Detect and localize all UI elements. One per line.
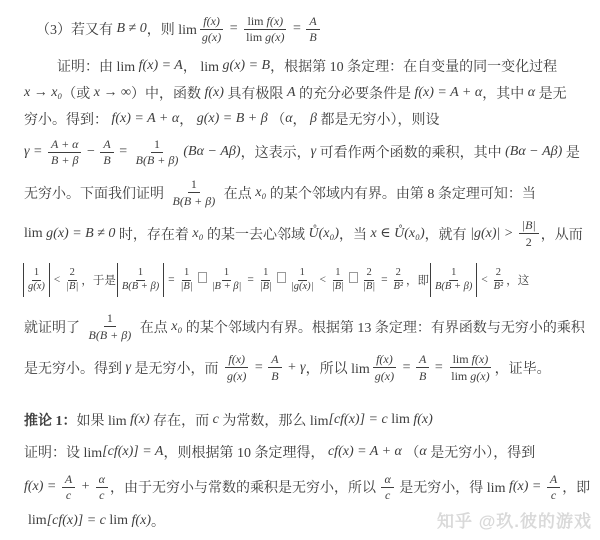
text-run: 都是无穷小），则设 [317, 109, 440, 129]
fraction: 1B(B + β) [170, 177, 219, 207]
text-run: − [83, 144, 98, 160]
math-run: c [385, 488, 390, 502]
text-run: 1 [138, 267, 143, 278]
text-run: 证明：由 lim [57, 56, 139, 76]
fraction: lim f(x)lim g(x) [243, 14, 287, 44]
math-run: f(x) [205, 85, 224, 101]
math-run: [cf(x)] = A [102, 444, 163, 460]
text-run: 1 [154, 137, 160, 151]
text-run: ， [179, 109, 197, 129]
formula-line: 穷小。得到： f(x) = A + α， g(x) = B + β （α， β … [0, 106, 600, 132]
math-run: B(B + β) [89, 328, 132, 342]
math-run: + [77, 479, 93, 495]
math-run: |B| [180, 281, 192, 292]
text-run: 1 [34, 267, 39, 278]
math-run: f(x) [267, 14, 284, 28]
text-run: 1 [107, 311, 113, 325]
text-run: ，从而 [541, 224, 583, 244]
text-run: 1 [451, 267, 456, 278]
formula-line: 就证明了 1B(B + β) 在点 x₀ 的某个邻域内有界。根据第 13 条定理… [0, 306, 600, 347]
math-run: g(x) = B ≠ 0 [46, 226, 115, 242]
text-run: lim [24, 226, 46, 242]
text-run: ，由于无穷小与常数的乘积是无穷小，所以 [110, 477, 380, 497]
text-run: 如果 lim [77, 410, 131, 430]
fraction-numerator: 1 [449, 267, 458, 281]
text-run: 在点 [220, 183, 255, 203]
text-run: 1 [263, 267, 268, 278]
math-run: g(x) [375, 369, 394, 383]
text-run: 2 [366, 267, 371, 278]
fraction: f(x)g(x) [199, 14, 224, 44]
math-run: x → x₀ [24, 85, 62, 101]
text-run: ，则 lim [147, 19, 197, 39]
math-run: |B| [363, 281, 375, 292]
fraction-denominator: B² [492, 281, 506, 294]
fraction: AB [306, 14, 319, 44]
fraction-denominator: B(B + β) [120, 281, 161, 294]
text-run: ，所以 lim [306, 358, 370, 378]
text-run: lim [109, 513, 131, 529]
math-run: x₀ [192, 226, 203, 242]
text-run: lim [247, 14, 266, 28]
math-run: γ = [24, 144, 46, 160]
math-run: |B| [260, 281, 272, 292]
fraction-numerator: |B| [519, 218, 539, 234]
math-run: g(x) [202, 30, 221, 44]
math-run: |B| [332, 281, 344, 292]
fraction: lim f(x)lim g(x) [448, 352, 492, 382]
math-run: c [66, 488, 71, 502]
math-run: g(x) [28, 281, 45, 292]
math-run: f(x) [228, 352, 245, 366]
fraction-denominator: c [382, 488, 393, 503]
fraction-denominator: |B| [330, 281, 346, 294]
text-run: ，其中 [482, 83, 528, 103]
text-run: 的某个邻域内有界。根据第 13 条定理：有界函数与无穷小的乘积 [182, 317, 585, 337]
text-run: 的某一去心邻域 [204, 224, 309, 244]
fraction: 1|g(x)| [289, 267, 316, 294]
math-run: B(B + β) [435, 281, 472, 292]
fraction-numerator: f(x) [225, 352, 248, 368]
math-run: |g(x)| [291, 281, 314, 292]
math-run: (Bα − Aβ) [183, 144, 240, 160]
fraction: f(x)g(x) [372, 352, 397, 382]
corollary-label: 推论 1： [24, 410, 77, 430]
math-run: cf(x) = A + α [328, 444, 402, 460]
math-run: g(x) [227, 369, 246, 383]
math-run: c [551, 488, 556, 502]
fraction: 1|B + β| [210, 267, 244, 294]
text-run: = [165, 274, 177, 286]
fraction: Ac [62, 472, 75, 502]
math-run: f(x) [413, 412, 432, 428]
math-run: B² [494, 281, 504, 292]
fraction-numerator: α [96, 472, 108, 488]
formula-line: （3）若又有 B ≠ 0，则 limf(x)g(x) = lim f(x)lim… [0, 6, 600, 52]
fraction-numerator: 1 [104, 311, 116, 327]
math-run: f(x) [132, 513, 151, 529]
math-run: |B| [66, 281, 78, 292]
text-run: 证明：设 lim [24, 442, 102, 462]
text-run: 是 [562, 142, 580, 162]
fraction-numerator: 2 [394, 267, 403, 281]
math-run: f(x) [203, 14, 220, 28]
fraction-numerator: A + α [48, 137, 82, 153]
text-run: 穷小。得到： [24, 109, 112, 129]
text-run: < [317, 274, 329, 286]
text-run: lim [246, 30, 265, 44]
fraction-numerator: lim f(x) [450, 352, 492, 368]
formula-line: 证明：由 lim f(x) = A， lim g(x) = B，根据第 10 条… [0, 52, 600, 80]
text-run: ，即 [406, 272, 429, 288]
fraction: A + αB + β [48, 137, 82, 167]
text-run: 1 [191, 177, 197, 191]
math-run: [cf(x)] = c [47, 513, 110, 529]
fraction-denominator: g(x) [224, 368, 249, 383]
fraction-denominator: B(B + β) [133, 153, 182, 168]
fraction-denominator: B [268, 368, 281, 383]
math-run: f(x) = [509, 479, 545, 495]
text-run: ，证毕。 [495, 358, 551, 378]
formula-line: 是无穷小。得到 γ 是无穷小，而 f(x)g(x) = AB + γ，所以 li… [0, 347, 600, 388]
fraction-denominator: B(B + β) [433, 281, 474, 294]
text-run: lim [451, 369, 470, 383]
absolute-value-bar [23, 263, 24, 297]
text-run: 2 [496, 267, 501, 278]
text-run: ，这 [506, 272, 529, 288]
text-run: 的某个邻域内有界。由第 8 条定理可知：当 [266, 183, 536, 203]
text-run: ， [293, 109, 311, 129]
fraction-denominator: g(x) [26, 281, 47, 294]
absolute-value-bar [163, 263, 164, 297]
formula-line: 无穷小。下面我们证明 1B(B + β) 在点 x₀ 的某个邻域内有界。由第 8… [0, 172, 600, 213]
formula-lines: （3）若又有 B ≠ 0，则 limf(x)g(x) = lim f(x)lim… [0, 6, 600, 536]
math-run: A [65, 472, 72, 486]
math-run: β [310, 111, 317, 127]
text-run: （或 [62, 83, 94, 103]
fraction: 1|B| [258, 267, 274, 294]
absolute-value-bar [49, 263, 50, 297]
fraction-denominator: lim g(x) [243, 30, 287, 45]
fraction-numerator: lim f(x) [244, 14, 286, 30]
missing-glyph-box [277, 272, 286, 283]
fraction: 1B(B + β) [133, 137, 182, 167]
fraction-denominator: c [96, 488, 107, 503]
math-run: Ů(x₀) [309, 226, 340, 242]
fraction-denominator: |B + β| [210, 281, 244, 294]
absolute-value-bar [117, 263, 118, 297]
text-run: ， lim [183, 56, 223, 76]
math-run: f(x) [130, 412, 149, 428]
math-run: f(x) [376, 352, 393, 366]
fraction: 2|B| [361, 267, 377, 294]
text-run: < [51, 274, 63, 286]
fraction-numerator: 1 [333, 267, 342, 281]
fraction-denominator: B [416, 368, 429, 383]
formula-line: 证明：设 lim[cf(x)] = A，则根据第 10 条定理得， cf(x) … [0, 435, 600, 468]
math-run: B [419, 369, 426, 383]
text-run: = [244, 274, 256, 286]
math-run: α [384, 472, 390, 486]
fraction: 1B(B + β) [433, 267, 474, 294]
math-run: α [99, 472, 105, 486]
text-run: 为常数，那么 lim [219, 410, 329, 430]
fraction-denominator: |B| [178, 281, 194, 294]
text-run: ，则根据第 10 条定理得， [163, 442, 328, 462]
text-run: = [431, 360, 446, 376]
formula-line: lim g(x) = B ≠ 0 时，存在着 x₀ 的某一去心邻域 Ů(x₀)，… [0, 213, 600, 254]
text-run: = [251, 360, 266, 376]
fraction-denominator: B(B + β) [170, 193, 219, 208]
math-run: B [103, 153, 110, 167]
fraction: 2|B| [64, 267, 80, 294]
text-run: 是无 [535, 83, 567, 103]
math-run: |B| [522, 218, 536, 232]
math-run: |B + β| [212, 281, 242, 292]
fraction-denominator: g(x) [199, 30, 224, 45]
text-run: < [478, 274, 490, 286]
math-run: B + β [51, 153, 78, 167]
fraction-denominator: |B| [64, 281, 80, 294]
text-run: 的充分必要条件是 [296, 83, 415, 103]
math-run: A [550, 472, 557, 486]
math-run: c [99, 488, 104, 502]
math-run: B [309, 30, 316, 44]
math-run: f(x) = [24, 479, 60, 495]
fraction-denominator: c [548, 488, 559, 503]
fraction-denominator: B + β [48, 153, 81, 168]
text-run: ，就有 [425, 224, 471, 244]
text-run: 2 [396, 267, 401, 278]
document-page: （3）若又有 B ≠ 0，则 limf(x)g(x) = lim f(x)lim… [0, 0, 600, 540]
fraction-denominator: B(B + β) [86, 327, 135, 342]
math-run: A [309, 14, 316, 28]
math-run: A [287, 85, 296, 101]
text-run: 可看作两个函数的乘积，其中 [316, 142, 505, 162]
text-run: ，这表示， [241, 142, 311, 162]
text-run: 1 [300, 267, 305, 278]
fraction-numerator: 1 [298, 267, 307, 281]
text-run: 是无穷小，而 [131, 358, 222, 378]
fraction-numerator: 1 [261, 267, 270, 281]
fraction-numerator: 2 [494, 267, 503, 281]
fraction-numerator: 1 [151, 137, 163, 153]
text-run: 2 [70, 267, 75, 278]
text-run: = [378, 274, 390, 286]
text-run: ，于是 [81, 272, 116, 288]
text-run: 1 [335, 267, 340, 278]
math-run: f(x) = A + α [112, 111, 180, 127]
fraction-numerator: f(x) [200, 14, 223, 30]
text-run: （3）若又有 [36, 19, 117, 39]
math-run: α [528, 85, 535, 101]
text-run: 是无穷小，得 lim [396, 477, 509, 497]
text-run: ，即 [562, 477, 590, 497]
formula-line: x → x₀（或 x → ∞）中，函数 f(x) 具有极限 A 的充分必要条件是… [0, 80, 600, 106]
fraction-numerator: A [62, 472, 75, 488]
math-run: B ≠ 0 [117, 21, 147, 37]
formula-line: 1g(x) < 2|B|，于是1B(B + β) = 1|B|1|B + β| … [0, 254, 600, 306]
fraction: AB [100, 137, 113, 167]
fraction: AB [268, 352, 281, 382]
text-run: 是无穷小。得到 [24, 358, 126, 378]
math-run: x₀ [255, 185, 266, 201]
text-run: 。 [151, 511, 165, 531]
math-run: A [271, 352, 278, 366]
fraction-numerator: 1 [188, 177, 200, 193]
text-run: ，当 [339, 224, 371, 244]
math-run: g(x) = B + β [197, 111, 268, 127]
math-run: B² [393, 281, 403, 292]
missing-glyph-box [198, 272, 207, 283]
formula-line: γ = A + αB + β − AB = 1B(B + β)(Bα − Aβ)… [0, 132, 600, 172]
fraction: f(x)g(x) [224, 352, 249, 382]
text-run: 1 [224, 267, 229, 278]
math-run: A + α [51, 137, 79, 151]
math-run: B(B + β) [136, 153, 179, 167]
fraction-numerator: 2 [364, 267, 373, 281]
formula-line: f(x) = Ac + αc，由于无穷小与常数的乘积是无穷小，所以 αc 是无穷… [0, 468, 600, 506]
text-run: lim [453, 352, 472, 366]
fraction-numerator: f(x) [373, 352, 396, 368]
text-run: 无穷小。下面我们证明 [24, 183, 168, 203]
math-run: (Bα − Aβ) [505, 144, 562, 160]
math-run: x ∈ Ů(x₀) [371, 225, 425, 242]
text-run: = [116, 144, 131, 160]
fraction-denominator: g(x) [372, 368, 397, 383]
fraction-denominator: |g(x)| [289, 281, 316, 294]
math-run: A [419, 352, 426, 366]
fraction-denominator: |B| [258, 281, 274, 294]
fraction-denominator: lim g(x) [448, 368, 492, 383]
fraction: |B|2 [519, 218, 539, 248]
text-run: lim [391, 412, 413, 428]
fraction-numerator: A [547, 472, 560, 488]
math-run: g(x) = B [223, 58, 271, 74]
fraction-denominator: 2 [523, 234, 535, 249]
math-run: A [103, 137, 110, 151]
fraction: 1B(B + β) [86, 311, 135, 341]
fraction: αc [96, 472, 108, 502]
fraction-numerator: 1 [222, 267, 231, 281]
text-run: = [290, 21, 305, 37]
math-run: B(B + β) [173, 194, 216, 208]
math-run: g(x) [470, 369, 489, 383]
missing-glyph-box [349, 272, 358, 283]
math-run: g(x) [265, 30, 284, 44]
math-run: α [285, 111, 292, 127]
fraction-numerator: A [268, 352, 281, 368]
fraction-numerator: 1 [182, 267, 191, 281]
text-run: 是无穷小），得到 [427, 442, 536, 462]
fraction: Ac [547, 472, 560, 502]
absolute-value-bar [476, 263, 477, 297]
fraction: 1|B| [330, 267, 346, 294]
fraction-denominator: c [63, 488, 74, 503]
fraction: 2B² [391, 267, 405, 294]
watermark: 知乎 @玖.彼的游戏 [437, 507, 592, 532]
fraction-numerator: A [100, 137, 113, 153]
fraction-denominator: |B| [361, 281, 377, 294]
fraction-numerator: 2 [68, 267, 77, 281]
math-run: x → ∞ [94, 85, 131, 101]
absolute-value-bar [430, 263, 431, 297]
text-run: 在点 [136, 317, 171, 337]
text-run: 具有极限 [224, 83, 287, 103]
text-run: （ [402, 442, 420, 462]
fraction-numerator: 1 [32, 267, 41, 281]
fraction-denominator: B [100, 153, 113, 168]
fraction: 2B² [492, 267, 506, 294]
math-run: B(B + β) [122, 281, 159, 292]
fraction-denominator: B² [391, 281, 405, 294]
math-run: f(x) = A [139, 58, 183, 74]
fraction-denominator: B [306, 30, 319, 45]
fraction-numerator: A [416, 352, 429, 368]
fraction: 1|B| [178, 267, 194, 294]
math-run: + γ [284, 360, 306, 376]
text-run: 2 [526, 235, 532, 249]
fraction-numerator: A [306, 14, 319, 30]
text-run: ）中，函数 [131, 83, 205, 103]
text-run: 1 [184, 267, 189, 278]
text-run: （ [268, 109, 286, 129]
math-run: α [419, 444, 426, 460]
text-run: lim [28, 513, 47, 529]
math-run: [cf(x)] = c [329, 412, 392, 428]
text-run: 时，存在着 [115, 224, 192, 244]
fraction: 1g(x) [26, 267, 47, 294]
fraction-numerator: α [381, 472, 393, 488]
math-run: B [271, 369, 278, 383]
fraction: αc [381, 472, 393, 502]
math-run: x₀ [171, 319, 182, 335]
formula-line: 推论 1：如果 lim f(x) 存在，而 c 为常数，那么 lim[cf(x)… [0, 405, 600, 435]
fraction: 1B(B + β) [120, 267, 161, 294]
text-run: 存在，而 [150, 410, 213, 430]
text-run: = [226, 21, 241, 37]
math-run: f(x) [472, 352, 489, 366]
fraction: AB [416, 352, 429, 382]
math-run: |g(x)| > [470, 226, 517, 242]
text-run: 就证明了 [24, 317, 84, 337]
fraction-numerator: 1 [136, 267, 145, 281]
math-run: f(x) = A + α [415, 85, 483, 101]
text-run: ，根据第 10 条定理：在自变量的同一变化过程 [270, 56, 557, 76]
text-run: = [399, 360, 414, 376]
